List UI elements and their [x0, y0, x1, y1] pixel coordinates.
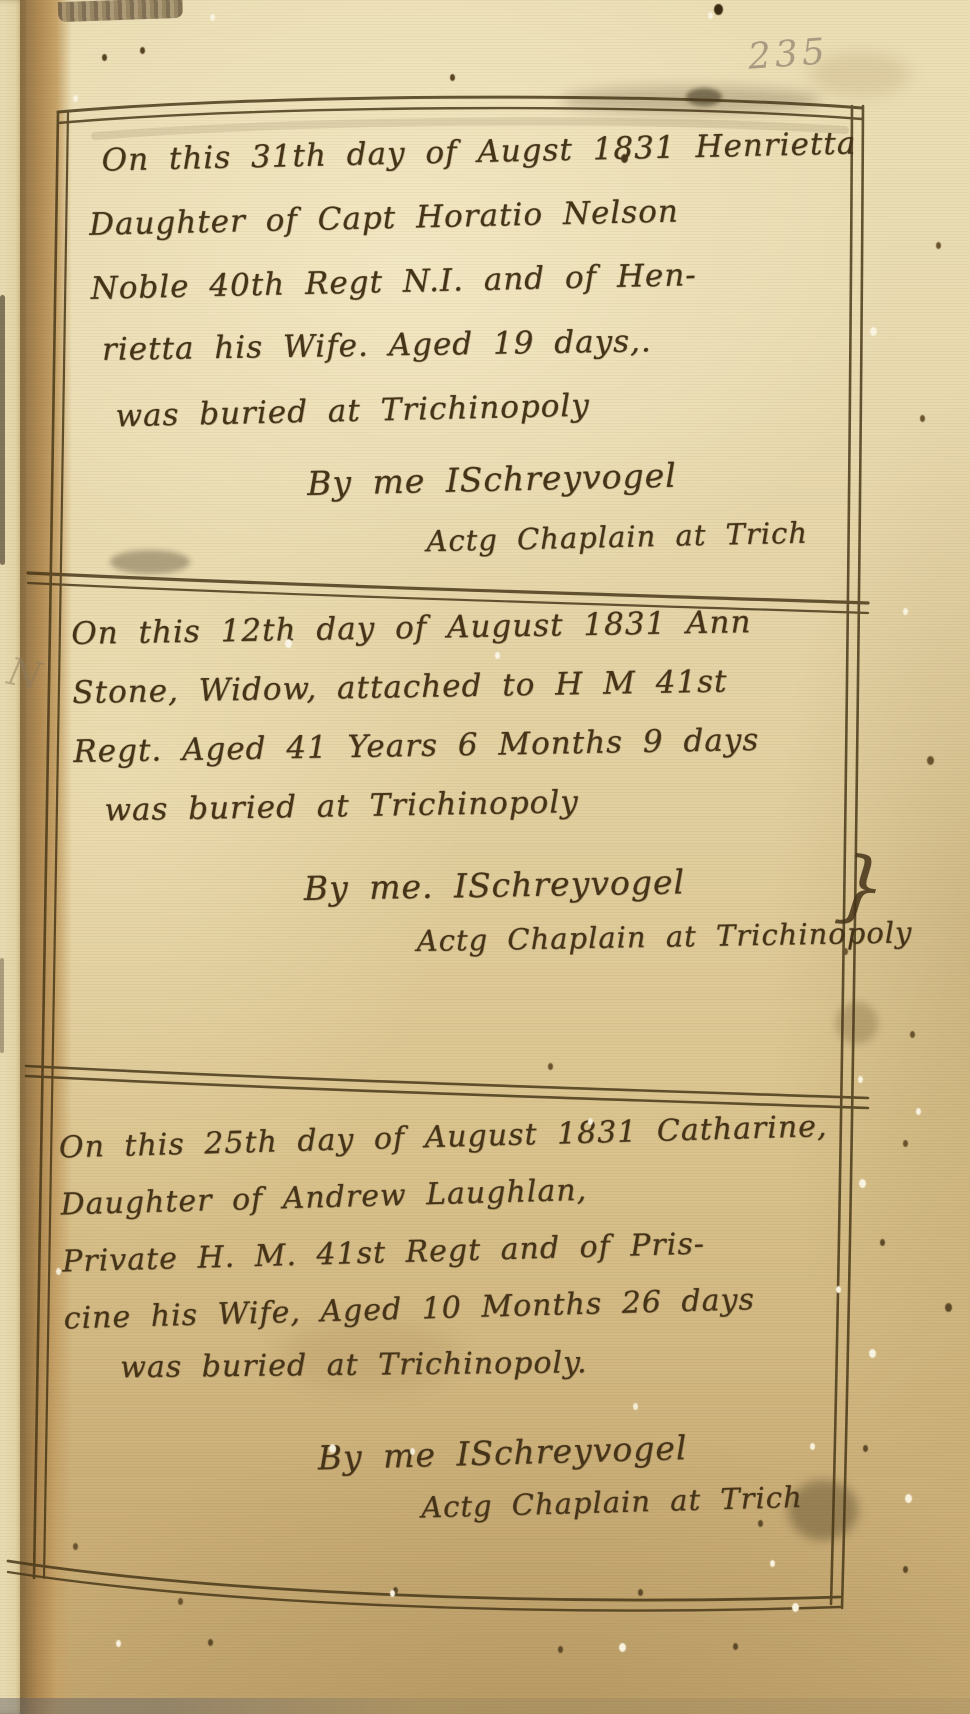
- ink-smudge: [560, 86, 820, 114]
- burial-entry-2: On this 12th day of August 1831 Ann Ston…: [71, 591, 877, 977]
- page-number: 235: [747, 31, 830, 78]
- entry-line: was buried at Trichinopoly.: [120, 1331, 886, 1396]
- binding-threads: [58, 0, 184, 22]
- ink-blot: [686, 88, 722, 106]
- frame-bottom-line-lower: [8, 1572, 840, 1610]
- burial-entry-3: On this 25th day of August 1831 Catharin…: [58, 1097, 890, 1547]
- page-edge-crease: [0, 958, 4, 1053]
- brace-flourish: }: [831, 840, 890, 935]
- chaplain-title: Actg Chaplain at Trich: [420, 1466, 889, 1536]
- chaplain-title: Actg Chaplain at Trich: [426, 499, 877, 573]
- page-edge-crease: [0, 295, 5, 565]
- divider2-line-upper: [26, 1066, 868, 1098]
- paper-stain: [836, 1002, 878, 1044]
- frame-top-line-outer: [58, 97, 862, 112]
- burial-entry-1: On this 31th day of Augst 1831 Henrietta…: [87, 111, 877, 581]
- entry-line: was buried at Trichinopoly: [104, 768, 875, 840]
- chaplain-title: Actg Chaplain at Trichinopoly: [416, 904, 877, 971]
- book-gutter: [20, 0, 72, 1714]
- frame-bottom-line-upper: [8, 1561, 840, 1600]
- page-bottom-edge: [0, 1698, 970, 1714]
- entry-line: rietta his Wife. Aged 19 days,.: [101, 306, 872, 382]
- register-page-photo: 235 N On this 31th day of Augst 1831 Hen…: [0, 0, 970, 1714]
